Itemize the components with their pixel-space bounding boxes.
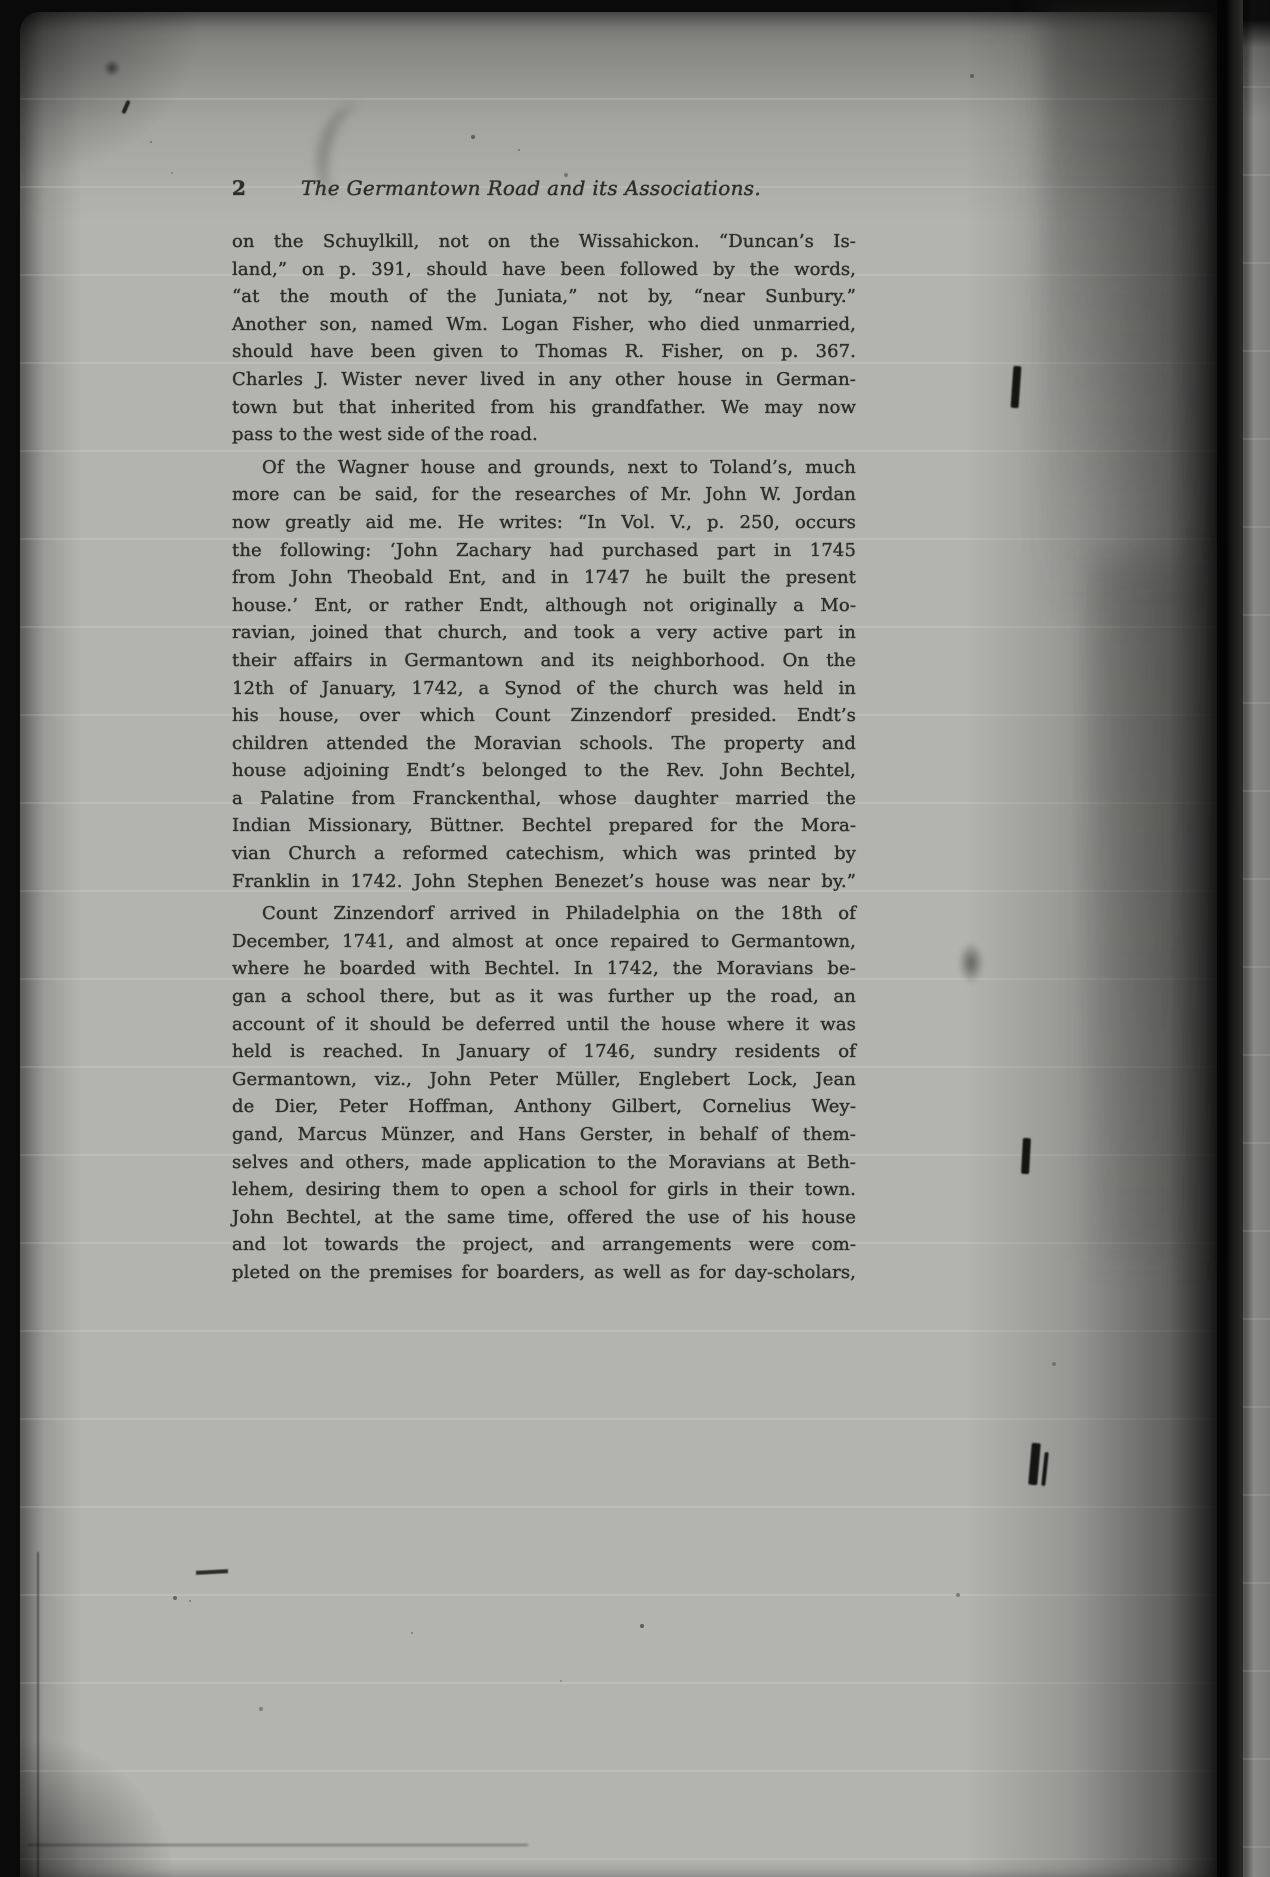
text-line: and lot towards the project, and arrange… bbox=[232, 1231, 856, 1259]
text-line: town but that inherited from his grandfa… bbox=[232, 394, 856, 422]
text-line: held is reached. In January of 1746, sun… bbox=[232, 1038, 856, 1066]
text-line: Charles J. Wister never lived in any oth… bbox=[232, 366, 856, 394]
paragraph: Of the Wagner house and grounds, next to… bbox=[232, 454, 856, 896]
page-header: 2 The Germantown Road and its Associatio… bbox=[232, 176, 856, 204]
page-content: 2 The Germantown Road and its Associatio… bbox=[232, 176, 856, 1292]
text-line: gand, Marcus Münzer, and Hans Gerster, i… bbox=[232, 1121, 856, 1149]
text-line: land,” on p. 391, should have been follo… bbox=[232, 256, 856, 284]
text-line: house.’ Ent, or rather Endt, although no… bbox=[232, 592, 856, 620]
text-line: house adjoining Endt’s belonged to the R… bbox=[232, 757, 856, 785]
text-line: lehem, desiring them to open a school fo… bbox=[232, 1176, 856, 1204]
text-line: should have been given to Thomas R. Fish… bbox=[232, 338, 856, 366]
text-line: ravian, joined that church, and took a v… bbox=[232, 619, 856, 647]
text-line: pleted on the premises for boarders, as … bbox=[232, 1259, 856, 1287]
text-line: de Dier, Peter Hoffman, Anthony Gilbert,… bbox=[232, 1093, 856, 1121]
text-line: children attended the Moravian schools. … bbox=[232, 730, 856, 758]
text-line: “at the mouth of the Juniata,” not by, “… bbox=[232, 283, 856, 311]
text-line: John Bechtel, at the same time, offered … bbox=[232, 1204, 856, 1232]
text-line: Of the Wagner house and grounds, next to… bbox=[232, 454, 856, 482]
text-line: their affairs in Germantown and its neig… bbox=[232, 647, 856, 675]
text-line: more can be said, for the researches of … bbox=[232, 481, 856, 509]
text-line: Another son, named Wm. Logan Fisher, who… bbox=[232, 311, 856, 339]
text-line: where he boarded with Bechtel. In 1742, … bbox=[232, 955, 856, 983]
text-line: gan a school there, but as it was furthe… bbox=[232, 983, 856, 1011]
text-line: on the Schuylkill, not on the Wissahicko… bbox=[232, 228, 856, 256]
text-line: Indian Missionary, Büttner. Bechtel prep… bbox=[232, 812, 856, 840]
running-title: The Germantown Road and its Associations… bbox=[266, 176, 856, 200]
paragraph: Count Zinzendorf arrived in Philadelphia… bbox=[232, 900, 856, 1286]
text-line: a Palatine from Franckenthal, whose daug… bbox=[232, 785, 856, 813]
paragraph: on the Schuylkill, not on the Wissahicko… bbox=[232, 228, 856, 449]
text-line: the following: ‘John Zachary had purchas… bbox=[232, 537, 856, 565]
text-line: Count Zinzendorf arrived in Philadelphia… bbox=[232, 900, 856, 928]
page-number: 2 bbox=[232, 176, 266, 200]
binding-gutter bbox=[1217, 0, 1243, 1877]
text-line: Germantown, viz., John Peter Müller, Eng… bbox=[232, 1066, 856, 1094]
scan-background: { "document": { "page_number": "2", "run… bbox=[0, 0, 1270, 1877]
text-line: selves and others, made application to t… bbox=[232, 1149, 856, 1177]
text-line: December, 1741, and almost at once repai… bbox=[232, 928, 856, 956]
text-line: 12th of January, 1742, a Synod of the ch… bbox=[232, 675, 856, 703]
text-line: account of it should be deferred until t… bbox=[232, 1011, 856, 1039]
text-body: on the Schuylkill, not on the Wissahicko… bbox=[232, 228, 856, 1287]
text-line: his house, over which Count Zinzendorf p… bbox=[232, 702, 856, 730]
text-line: vian Church a reformed catechism, which … bbox=[232, 840, 856, 868]
text-line: Franklin in 1742. John Stephen Benezet’s… bbox=[232, 868, 856, 896]
text-line: now greatly aid me. He writes: “In Vol. … bbox=[232, 509, 856, 537]
adjacent-page-edge bbox=[1243, 0, 1270, 1877]
text-line: from John Theobald Ent, and in 1747 he b… bbox=[232, 564, 856, 592]
text-line: pass to the west side of the road. bbox=[232, 421, 856, 449]
dust-specks bbox=[0, 0, 2, 2]
